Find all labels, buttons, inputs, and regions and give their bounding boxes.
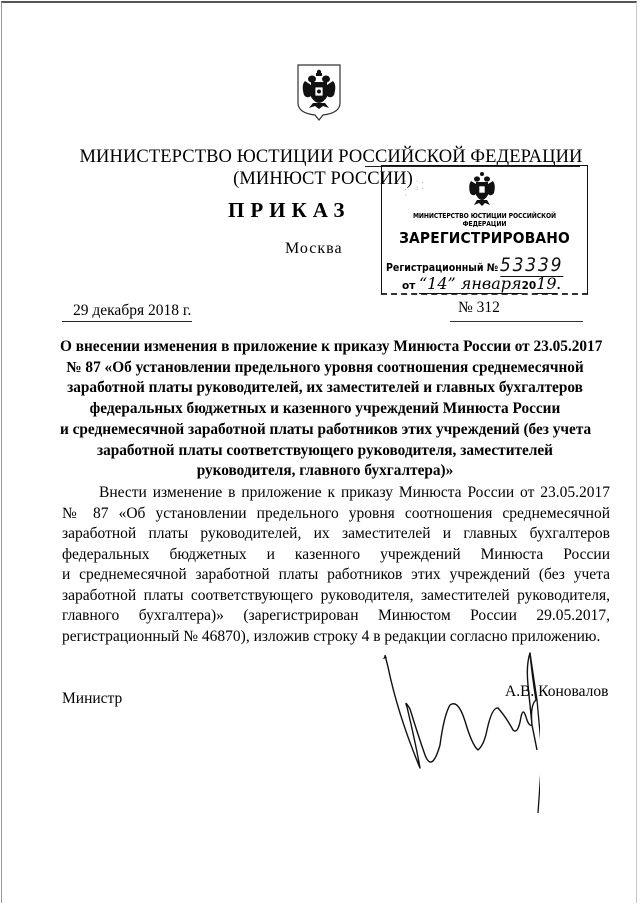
stamp-year-prefix: 20 [522,280,537,292]
order-number: № 312 [458,299,500,317]
body-line: № 87 «Об установлении предельного уровня… [62,504,610,525]
title-line: № 87 «Об установлении предельного уровня… [60,358,590,379]
stamp-ministry: МИНИСТЕРСТВО ЮСТИЦИИ РОССИЙСКОЙ ФЕДЕРАЦИ… [390,212,579,228]
body-line: и среднемесячной заработной платы работн… [62,565,610,586]
body-line: главного бухгалтера)» (зарегистрирован М… [62,606,610,627]
stamp-coat-of-arms-icon [466,170,498,208]
title-line: заработной платы соответствующего руково… [60,441,590,462]
title-line: О внесении изменения в приложение к прик… [60,337,590,358]
order-date: 29 декабря 2018 г. [73,302,191,320]
stamp-registration-number: Регистрационный №53339 [386,254,563,276]
registration-stamp: · ·.. :· · МИНИСТЕРСТВО ЮСТИЦИИ РОССИЙСК… [381,165,588,295]
title-line: федеральных бюджетных и казенного учрежд… [60,399,590,420]
stamp-status: ЗАРЕГИСТРИРОВАНО [390,229,579,247]
signer-position: Министр [62,690,122,708]
stamp-reg-label: Регистрационный № [386,262,498,274]
order-title: О внесении изменения в приложение к прик… [60,337,590,482]
document-type: ПРИКАЗ [228,198,350,223]
stamp-year-handwritten: 19 [536,274,556,294]
city: Москва [285,240,343,258]
body-line: заработной платы руководителей, их замес… [62,524,610,545]
title-line: руководителя, главного бухгалтера)» [60,461,590,482]
stamp-noise: · ·.. :· · [404,178,434,206]
coat-of-arms-icon [295,63,343,121]
body-line: заработной платы соответствующего руково… [62,586,610,607]
signer-name: А.В. Коновалов [505,683,608,701]
handwritten-signature-icon [380,645,540,815]
date-underline [62,321,192,322]
stamp-date-handwritten: “14” января [419,274,522,294]
body-line: регистрационный № 46870), изложив строку… [62,627,610,648]
stamp-date-prefix: от [402,280,415,292]
number-underline [450,321,583,322]
title-line: и среднемесячной заработной платы работн… [60,420,590,441]
body-line: Внести изменение в приложение к приказу … [62,483,610,504]
title-line: заработной платы руководителей, их замес… [60,378,590,399]
stamp-year-suffix: . [557,280,561,292]
stamp-date: от “14” января2019. [402,274,561,293]
body-line: федеральных бюджетных и казенного учрежд… [62,545,610,566]
order-body: Внести изменение в приложение к приказу … [62,483,610,647]
